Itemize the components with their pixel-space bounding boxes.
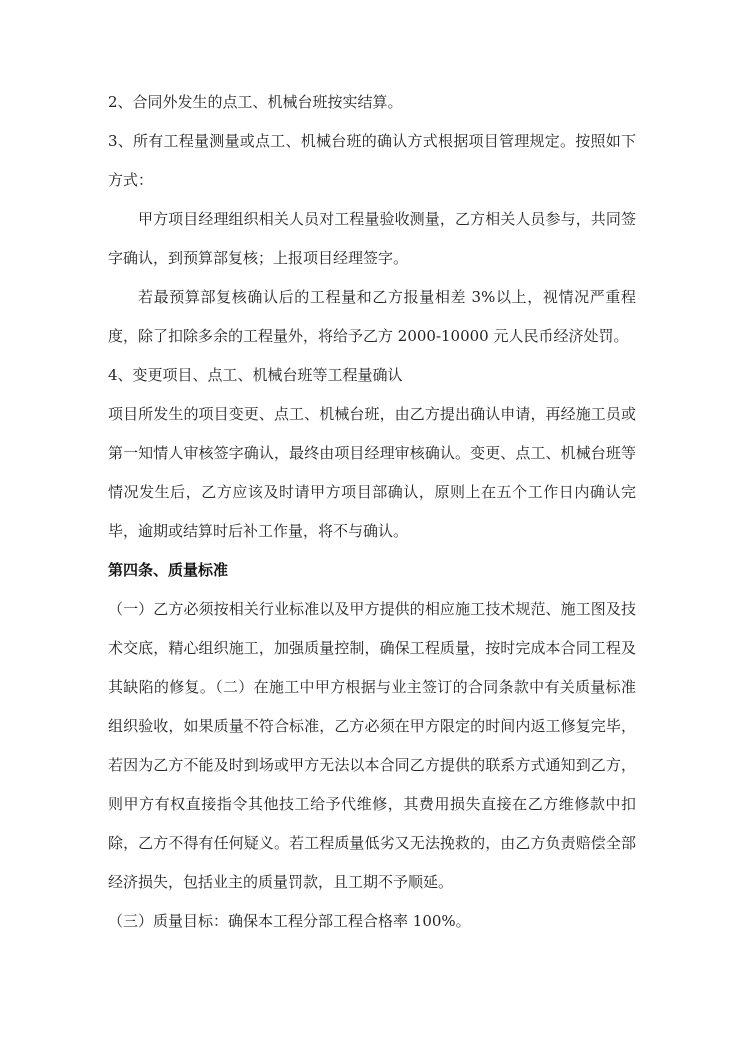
contract-paragraph-article-4-item-3: （三）质量目标：确保本工程分部工程合格率 100%。	[108, 902, 636, 941]
contract-paragraph-clause-2: 2、合同外发生的点工、机械台班按实结算。	[108, 83, 636, 122]
contract-text-block: 2、合同外发生的点工、机械台班按实结算。 3、所有工程量测量或点工、机械台班的确…	[108, 83, 636, 941]
contract-paragraph-clause-3-method-1: 甲方项目经理组织相关人员对工程量验收测量，乙方相关人员参与，共同签字确认，到预算…	[108, 200, 636, 278]
contract-paragraph-article-4-items-1-2: （一）乙方必须按相关行业标准以及甲方提供的相应施工技术规范、施工图及技术交底，精…	[108, 590, 636, 902]
contract-paragraph-clause-4-body: 项目所发生的项目变更、点工、机械台班，由乙方提出确认申请，再经施工员或第一知情人…	[108, 395, 636, 551]
contract-paragraph-clause-3-method-2: 若最预算部复核确认后的工程量和乙方报量相差 3%以上，视情况严重程度，除了扣除多…	[108, 278, 636, 356]
contract-paragraph-clause-3: 3、所有工程量测量或点工、机械台班的确认方式根据项目管理规定。按照如下方式：	[108, 122, 636, 200]
contract-paragraph-clause-4-title: 4、变更项目、点工、机械台班等工程量确认	[108, 356, 636, 395]
contract-article-4-heading: 第四条、质量标准	[108, 551, 636, 590]
document-page: 2、合同外发生的点工、机械台班按实结算。 3、所有工程量测量或点工、机械台班的确…	[0, 0, 744, 1052]
